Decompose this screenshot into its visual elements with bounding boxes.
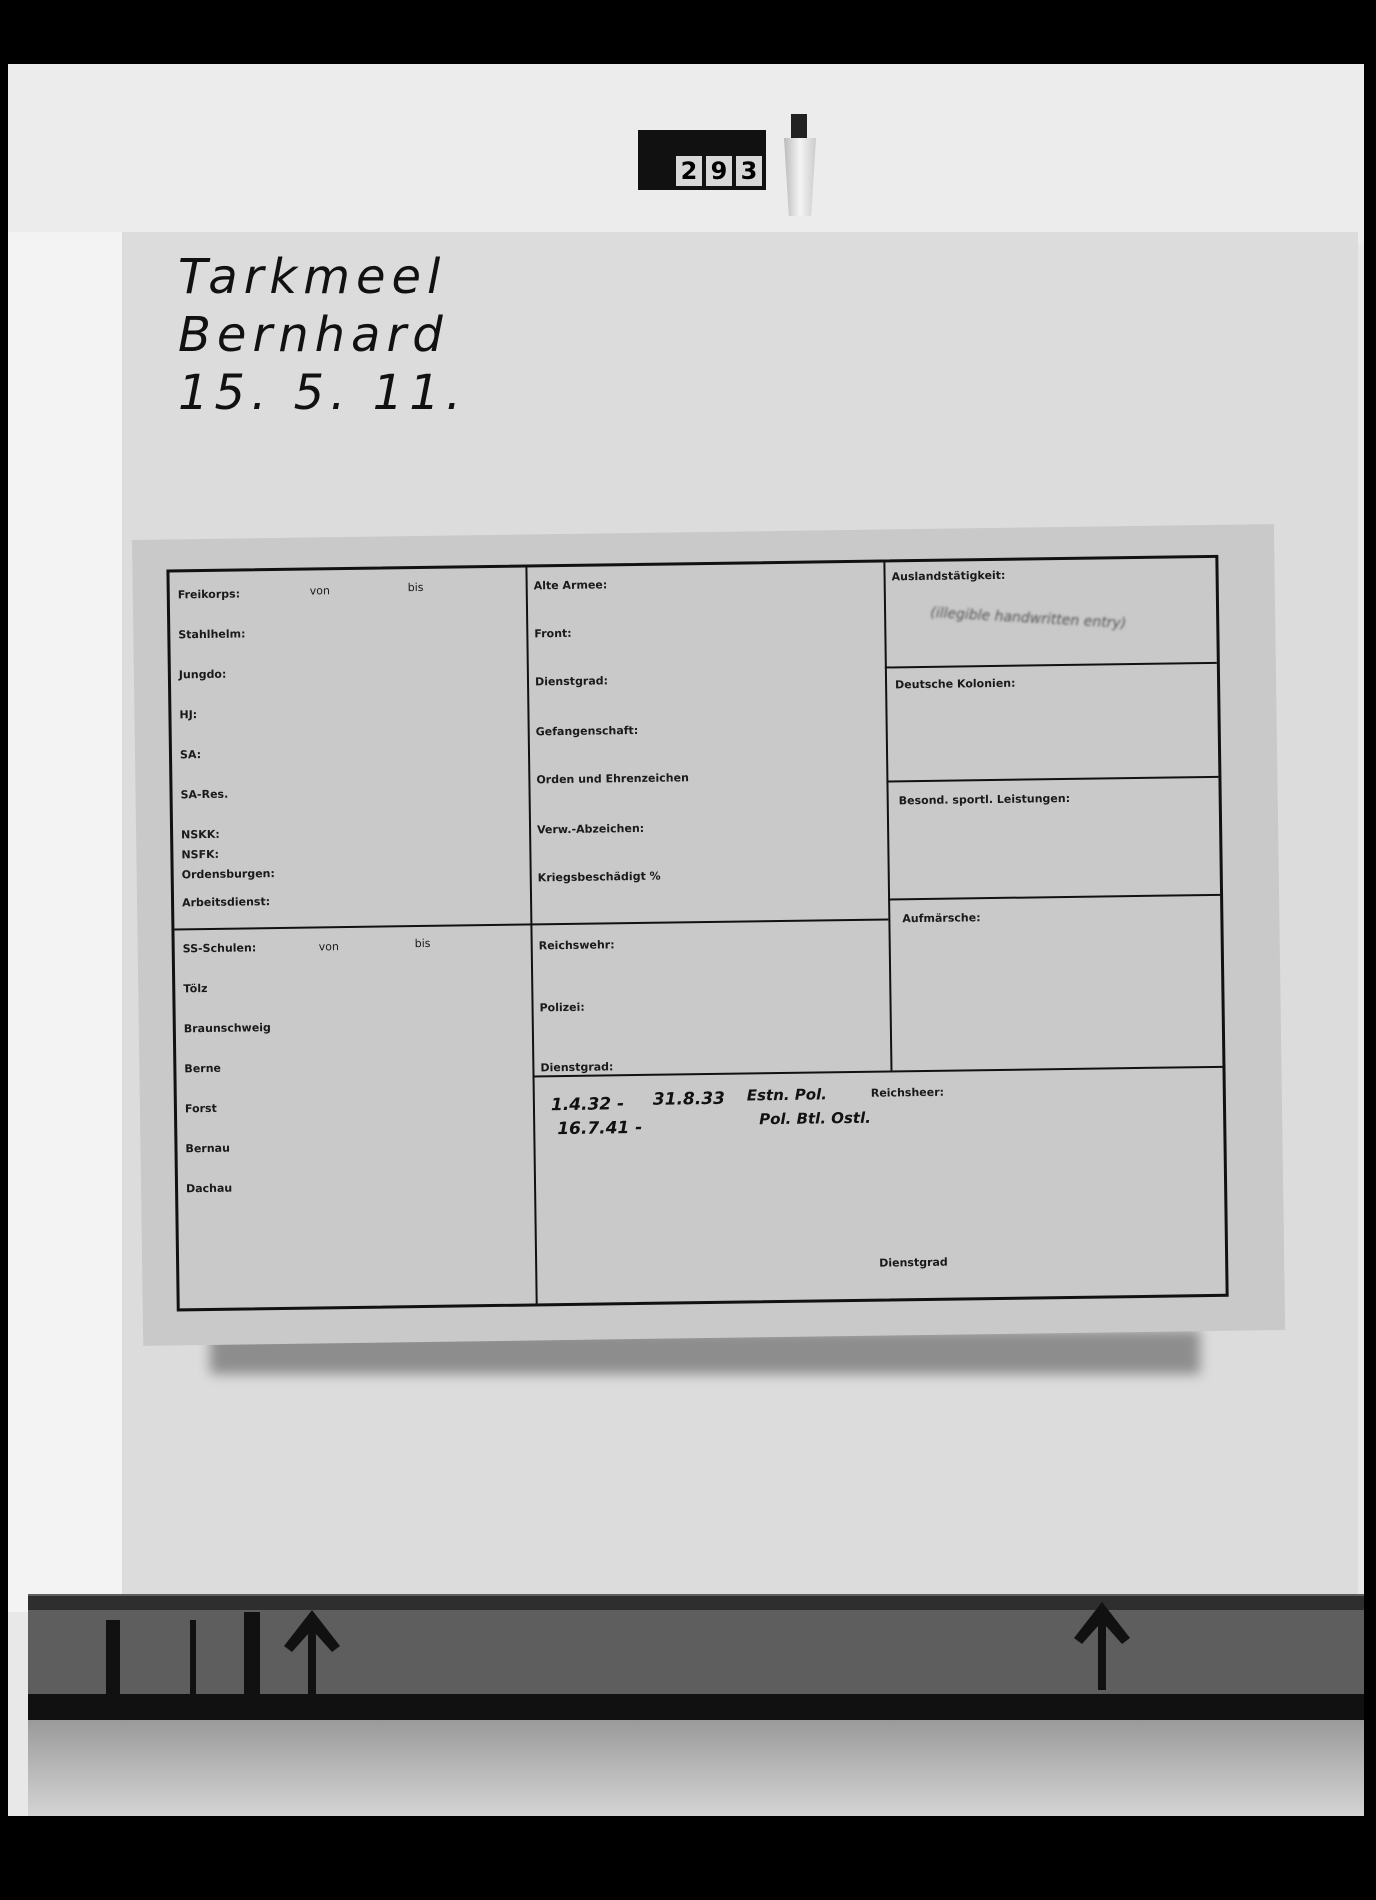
col-bis: bis <box>415 937 431 950</box>
field-jungdo: Jungdo: <box>179 668 227 682</box>
birth-date: 15. 5. 11. <box>178 364 467 422</box>
field-alte-armee: Alte Armee: <box>534 578 608 592</box>
counter-digit: 9 <box>706 156 732 186</box>
field-stahlhelm: Stahlhelm: <box>178 627 245 641</box>
field-reichsheer: Reichsheer: <box>871 1086 944 1100</box>
field-sa: SA: <box>180 748 201 761</box>
field-gefangenschaft: Gefangenschaft: <box>536 724 639 738</box>
rail-edge <box>28 1596 1364 1610</box>
field-dienstgrad-heer: Dienstgrad <box>879 1256 948 1270</box>
field-verw-abzeichen: Verw.-Abzeichen: <box>537 822 644 836</box>
rail-post <box>190 1620 196 1708</box>
lower-background <box>28 1720 1364 1816</box>
field-front: Front: <box>534 627 571 641</box>
field-hj: HJ: <box>179 708 197 721</box>
field-freikorps: Freikorps: <box>178 587 240 601</box>
field-auslandstaetigkeit: Auslandstätigkeit: <box>891 569 1005 584</box>
form-grid: Freikorps: von bis Stahlhelm: Jungdo: HJ… <box>166 555 1228 1312</box>
field-ss-schulen: SS-Schulen: <box>183 941 257 955</box>
backing-strip <box>8 232 122 1612</box>
entry-2-from: 16.7.41 - <box>557 1118 642 1139</box>
given-name: Bernhard <box>178 306 467 364</box>
entry-1-to: 31.8.33 <box>653 1089 725 1110</box>
arrow-up-icon <box>282 1608 342 1698</box>
col-bis: bis <box>408 581 424 594</box>
field-arbeitsdienst: Arbeitsdienst: <box>182 895 270 909</box>
school-toelz: Tölz <box>183 982 207 995</box>
name-header: Tarkmeel Bernhard 15. 5. 11. <box>178 248 467 422</box>
frame-counter: 2 9 3 <box>638 130 766 190</box>
field-dienstgrad: Dienstgrad: <box>535 674 608 688</box>
field-deutsche-kolonien: Deutsche Kolonien: <box>895 677 1016 692</box>
field-aufmaersche: Aufmärsche: <box>902 911 980 925</box>
col-von: von <box>319 940 339 953</box>
school-forst: Forst <box>185 1102 217 1115</box>
field-reichswehr: Reichswehr: <box>539 938 615 952</box>
field-nsfk: NSFK: <box>181 848 219 862</box>
auslandstaetigkeit-note: (illegible handwritten entry) <box>930 605 1127 632</box>
field-dienstgrad-polizei: Dienstgrad: <box>540 1060 613 1074</box>
entry-1-unit: Estn. Pol. <box>747 1085 827 1104</box>
field-sport: Besond. sportl. Leistungen: <box>899 792 1071 807</box>
rail-shadow <box>28 1694 1364 1720</box>
counter-digit: 2 <box>676 156 702 186</box>
school-bernau: Bernau <box>185 1142 230 1156</box>
field-kriegsbeschaedigt: Kriegsbeschädigt % <box>538 870 661 885</box>
rail-post <box>106 1620 120 1708</box>
counter-digit: 3 <box>736 156 762 186</box>
surname: Tarkmeel <box>178 248 467 306</box>
arrow-up-icon <box>1072 1600 1132 1690</box>
school-berne: Berne <box>184 1062 221 1076</box>
record-card: Freikorps: von bis Stahlhelm: Jungdo: HJ… <box>132 524 1285 1346</box>
field-polizei: Polizei: <box>539 1001 584 1015</box>
field-ordensburgen: Ordensburgen: <box>182 867 275 881</box>
entry-1-from: 1.4.32 - <box>551 1094 624 1115</box>
rail-post <box>244 1612 260 1708</box>
field-nskk: NSKK: <box>181 828 220 842</box>
school-dachau: Dachau <box>186 1182 232 1196</box>
field-orden: Orden und Ehrenzeichen <box>536 771 689 786</box>
col-von: von <box>310 584 330 597</box>
field-sa-res: SA-Res. <box>180 788 228 802</box>
school-braunschweig: Braunschweig <box>184 1021 271 1035</box>
clip-icon <box>784 114 816 218</box>
entry-2-unit: Pol. Btl. Ostl. <box>759 1109 871 1129</box>
